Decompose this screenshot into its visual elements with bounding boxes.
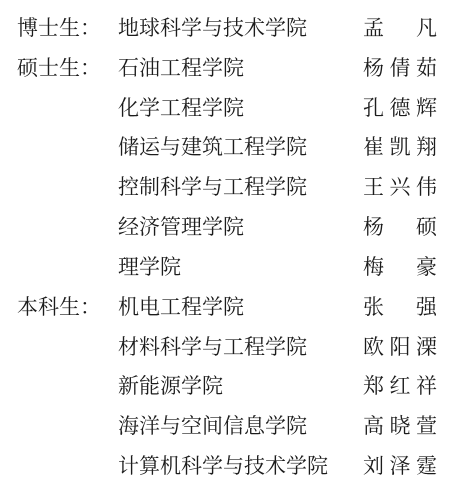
roster-row: 计算机科学与技术学院 刘泽霆 <box>0 445 458 485</box>
degree-label: 硕士生： <box>0 52 118 82</box>
student-name: 梅 豪 <box>363 251 437 281</box>
student-name: 孔德辉 <box>363 92 437 122</box>
roster-row: 储运与建筑工程学院 崔凯翔 <box>0 126 458 166</box>
roster-row: 博士生： 地球科学与技术学院 孟 凡 <box>0 7 458 47</box>
roster-row: 新能源学院 郑红祥 <box>0 365 458 405</box>
college-name: 石油工程学院 <box>118 52 363 82</box>
college-name: 经济管理学院 <box>118 211 363 241</box>
roster-row: 经济管理学院 杨 硕 <box>0 206 458 246</box>
college-name: 储运与建筑工程学院 <box>118 131 363 161</box>
college-name: 计算机科学与技术学院 <box>118 450 363 480</box>
student-name: 张 强 <box>363 291 437 321</box>
college-name: 海洋与空间信息学院 <box>118 410 363 440</box>
degree-label: 博士生： <box>0 12 118 42</box>
college-name: 新能源学院 <box>118 370 363 400</box>
student-name: 杨倩茹 <box>363 52 437 82</box>
college-name: 地球科学与技术学院 <box>118 12 363 42</box>
roster-row: 材料科学与工程学院 欧阳溧 <box>0 326 458 366</box>
student-roster-document: 博士生： 地球科学与技术学院 孟 凡 硕士生： 石油工程学院 杨倩茹 化学工程学… <box>0 0 458 485</box>
student-name: 王兴伟 <box>363 171 437 201</box>
student-name: 刘泽霆 <box>363 450 437 480</box>
college-name: 理学院 <box>118 251 363 281</box>
roster-row: 化学工程学院 孔德辉 <box>0 87 458 127</box>
student-name: 孟 凡 <box>363 12 437 42</box>
degree-label: 本科生： <box>0 291 118 321</box>
student-name: 崔凯翔 <box>363 131 437 161</box>
college-name: 材料科学与工程学院 <box>118 331 363 361</box>
roster-row: 控制科学与工程学院 王兴伟 <box>0 166 458 206</box>
student-name: 杨 硕 <box>363 211 437 241</box>
student-name: 高晓萱 <box>363 410 437 440</box>
college-name: 控制科学与工程学院 <box>118 171 363 201</box>
student-name: 欧阳溧 <box>363 331 437 361</box>
college-name: 化学工程学院 <box>118 92 363 122</box>
roster-row: 理学院 梅 豪 <box>0 246 458 286</box>
roster-row: 本科生： 机电工程学院 张 强 <box>0 286 458 326</box>
roster-row: 海洋与空间信息学院 高晓萱 <box>0 405 458 445</box>
college-name: 机电工程学院 <box>118 291 363 321</box>
roster-row: 硕士生： 石油工程学院 杨倩茹 <box>0 47 458 87</box>
student-name: 郑红祥 <box>363 370 437 400</box>
